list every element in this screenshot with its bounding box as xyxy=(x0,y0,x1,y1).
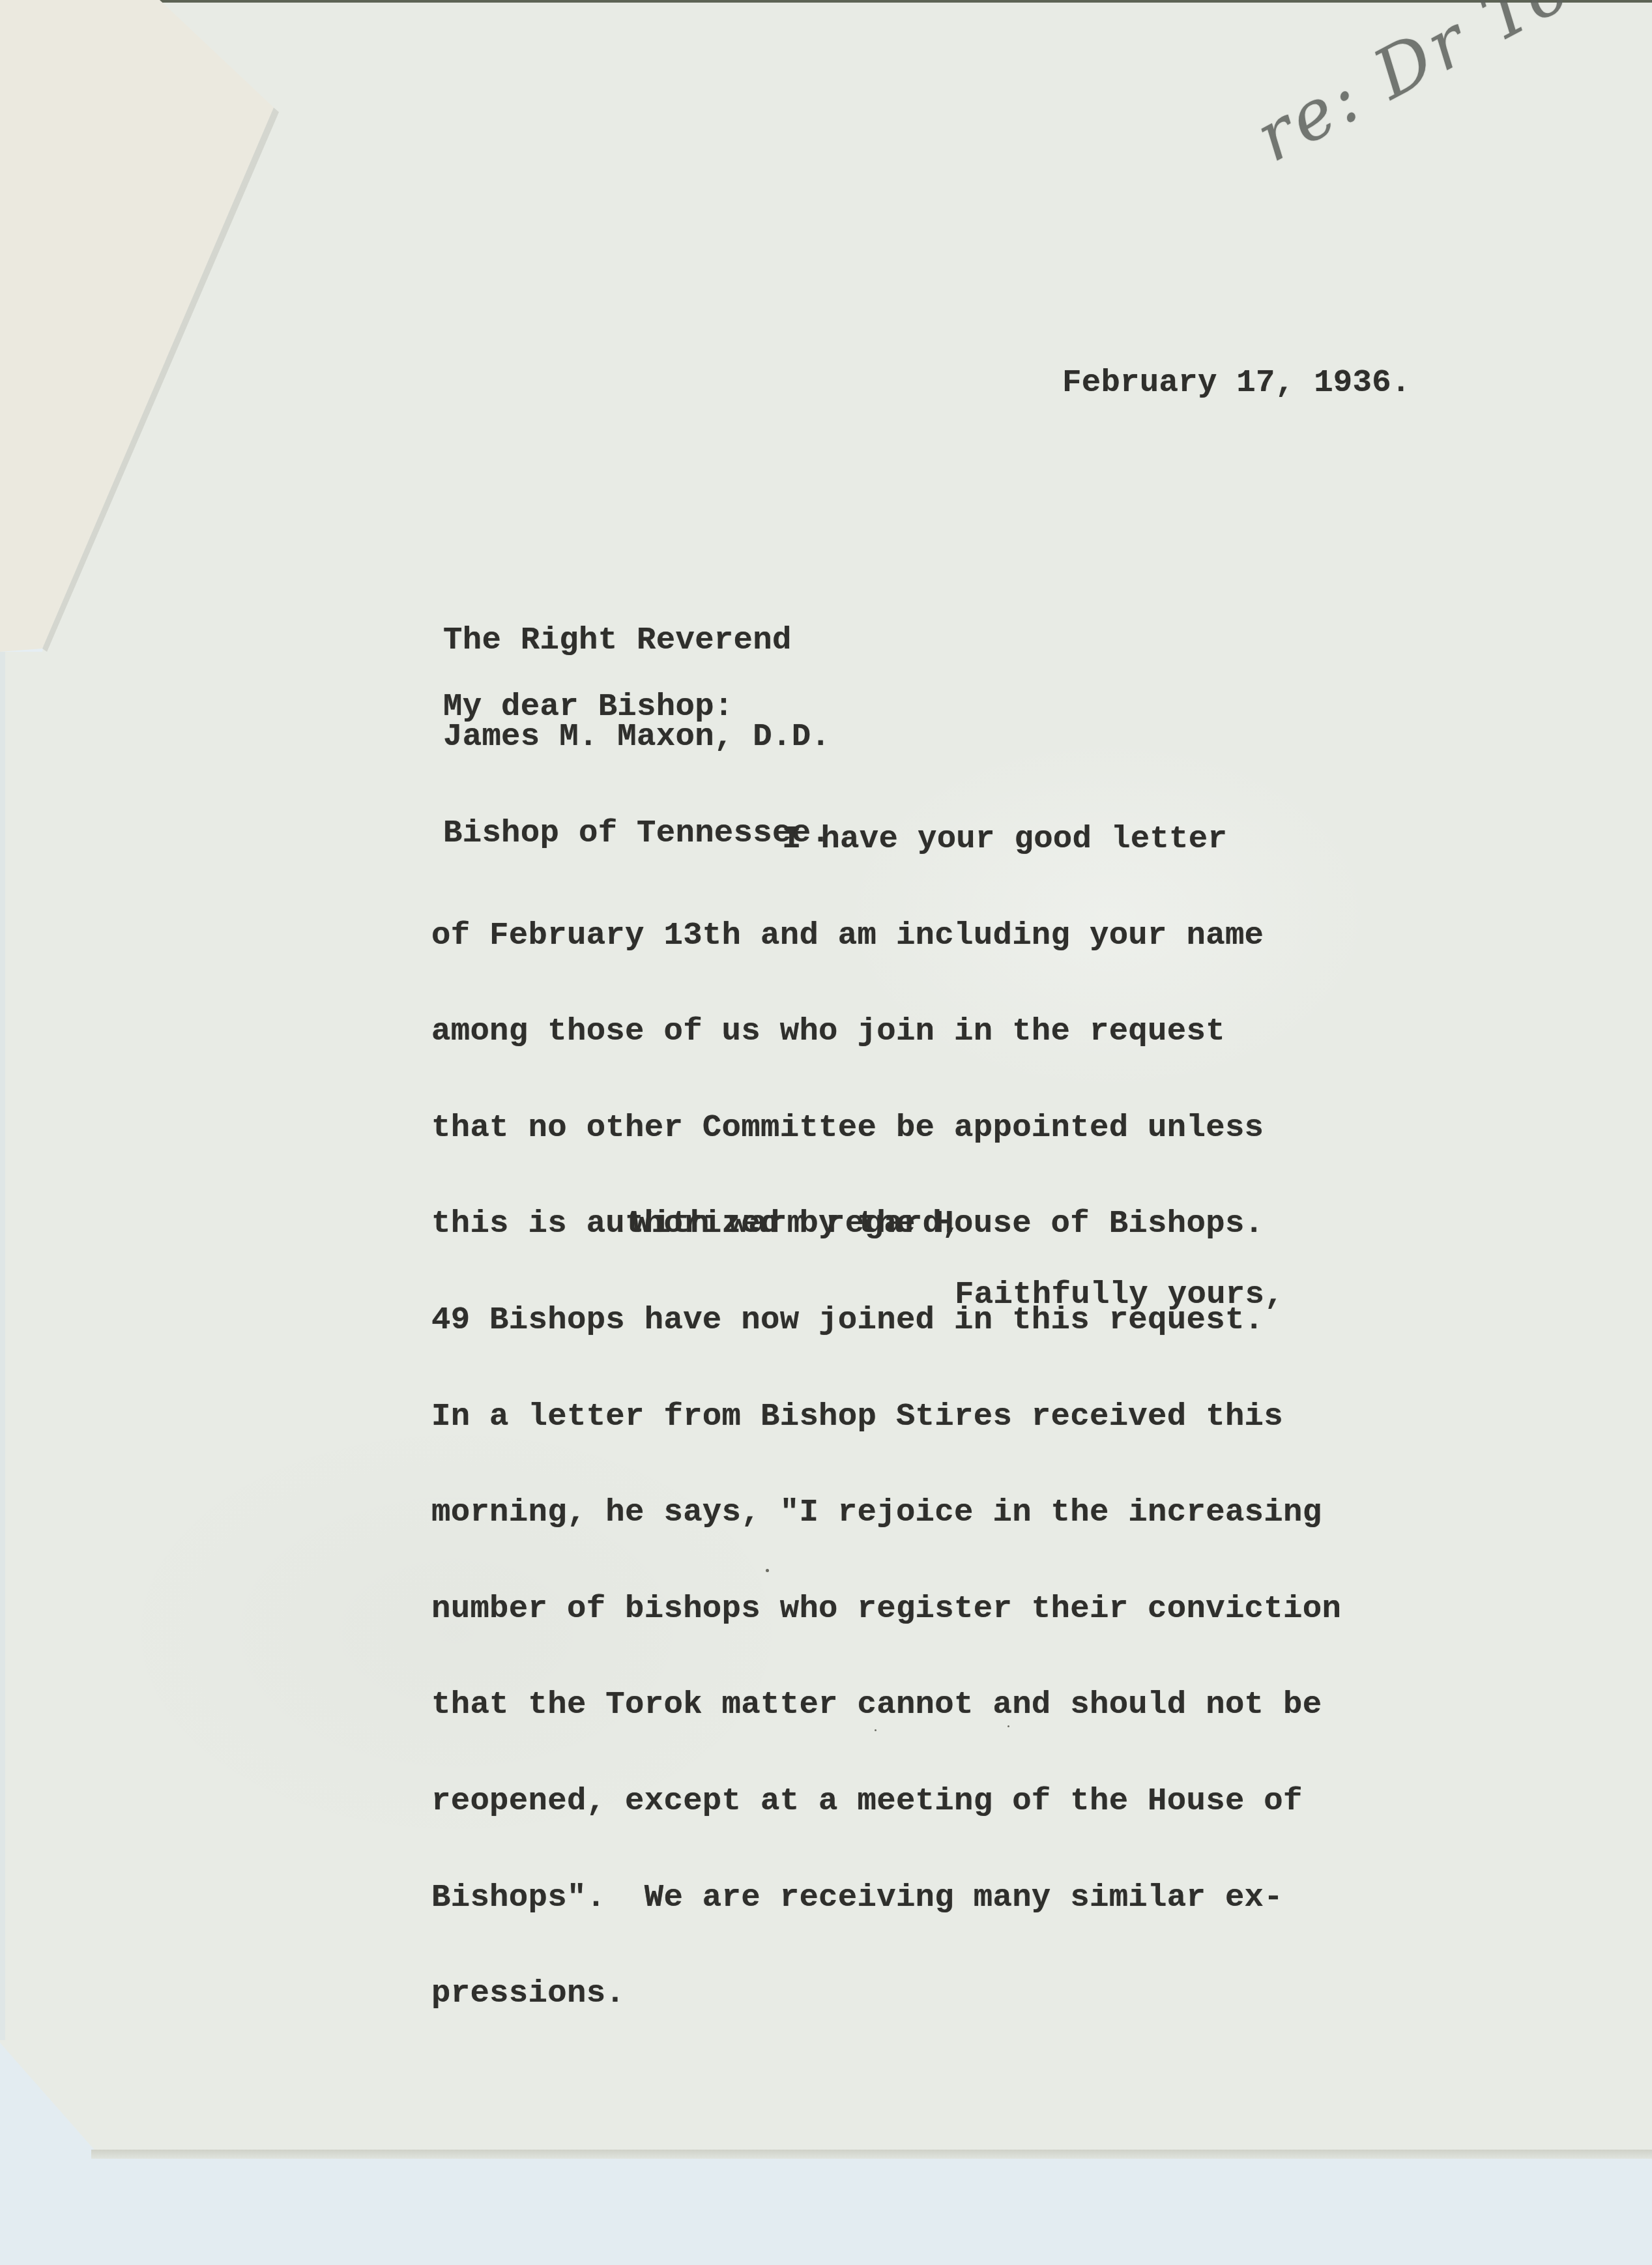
paper-speck xyxy=(875,1729,877,1731)
address-line: The Right Reverend xyxy=(443,624,830,657)
paper-bottom-edge xyxy=(91,2150,1652,2159)
scanner-top-edge xyxy=(0,0,1652,3)
closing: With warm regard, xyxy=(632,1208,961,1240)
paper-left-edge xyxy=(0,652,5,2040)
body-line: reopened, except at a meeting of the Hou… xyxy=(431,1785,1341,1818)
address-line: James M. Maxon, D.D. xyxy=(443,721,830,753)
paper-speck xyxy=(1007,1725,1009,1727)
body-line: that the Torok matter cannot and should … xyxy=(431,1689,1341,1721)
signoff: Faithfully yours, xyxy=(955,1279,1284,1311)
body-line: among those of us who join in the reques… xyxy=(431,1016,1341,1048)
letter-date: February 17, 1936. xyxy=(1062,367,1411,399)
body-line: I have your good letter xyxy=(431,823,1341,856)
body-line: number of bishops who register their con… xyxy=(431,1593,1341,1626)
body-line: In a letter from Bishop Stires received … xyxy=(431,1401,1341,1433)
body-line: Bishops". We are receiving many similar … xyxy=(431,1882,1341,1914)
body-line: pressions. xyxy=(431,1978,1341,2010)
body-line: that no other Committee be appointed unl… xyxy=(431,1112,1341,1145)
salutation: My dear Bishop: xyxy=(443,691,734,723)
paper-speck xyxy=(766,1569,769,1572)
body-line: morning, he says, "I rejoice in the incr… xyxy=(431,1497,1341,1529)
body-line: of February 13th and am including your n… xyxy=(431,920,1341,952)
letter-body: I have your good letter of February 13th… xyxy=(431,759,1341,2042)
